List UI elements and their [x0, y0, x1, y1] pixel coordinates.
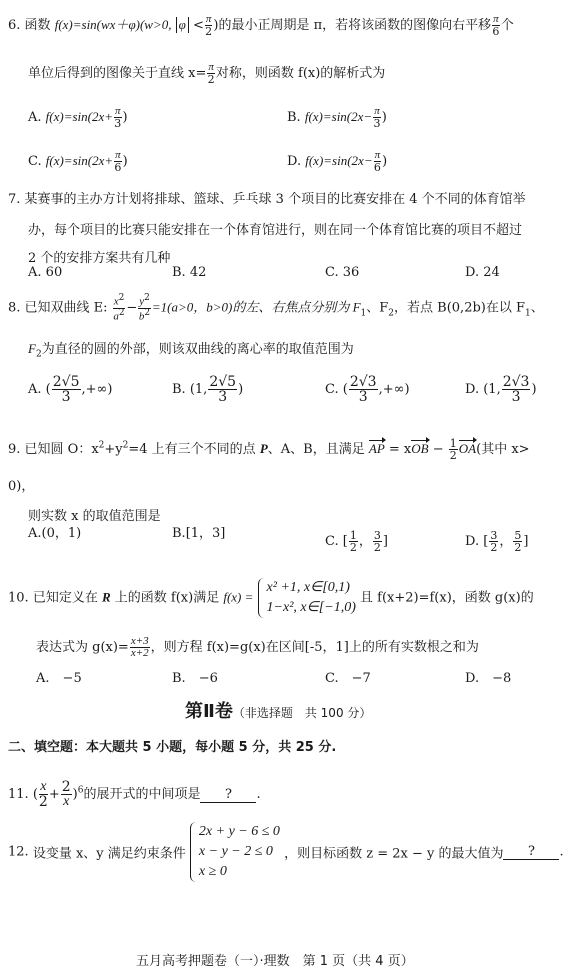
question-8-line2: F2为直径的圆的外部，则该双曲线的离心率的取值范围为	[28, 338, 354, 360]
question-10-line2: 表达式为 g(x)=x+3x+2，则方程 f(x)=g(x)在区间[-5，1]上…	[36, 636, 479, 659]
question-9-line2: 0)，	[8, 475, 34, 494]
answer-blank[interactable]: ?	[200, 787, 256, 803]
page-footer: 五月高考押题卷（一）·理数 第 1 页（共 4 页）	[136, 950, 414, 969]
answer-blank[interactable]: ?	[503, 844, 559, 860]
q10-option-b[interactable]: B. −6	[172, 667, 218, 686]
question-12: 12. 设变量 x、y 满足约束条件 2x + y − 6 ≤ 0 x − y …	[8, 822, 564, 882]
constraint-system: 2x + y − 6 ≤ 0 x − y − 2 ≤ 0 x ≥ 0	[190, 822, 280, 882]
q8-option-d[interactable]: D. (1,2√33)	[465, 375, 537, 404]
q6-number: 6.	[8, 18, 20, 33]
fraction: π6	[492, 14, 500, 37]
question-7: 7. 某赛事的主办方计划将排球、篮球、乒乓球 3 个项目的比赛安排在 4 个不同…	[8, 188, 526, 207]
q8-option-c[interactable]: C. (2√33,+∞)	[325, 375, 410, 404]
q10-option-c[interactable]: C. −7	[325, 667, 371, 686]
q9-option-a[interactable]: A.(0，1)	[28, 522, 81, 541]
fraction: π2	[207, 62, 215, 85]
q7-option-a[interactable]: A. 60	[28, 265, 62, 280]
question-6: 6. 函数 f(x)=sin(wx＋φ)(w>0, φ <π2)的最小正周期是 …	[8, 14, 514, 37]
q6-option-b[interactable]: B. f(x)=sin(2x−π3)	[287, 106, 387, 129]
q9-option-b[interactable]: B.[1，3]	[172, 522, 225, 541]
q8-option-a[interactable]: A. (2√53,+∞)	[28, 375, 112, 404]
vector-ob: OB	[411, 441, 428, 457]
question-10: 10. 已知定义在 R 上的函数 f(x)满足 f(x) = x² +1, x∈…	[8, 578, 534, 618]
q9-option-d[interactable]: D. [32，52]	[465, 530, 528, 553]
q9-option-c[interactable]: C. [12，32]	[325, 530, 388, 553]
question-6-line2: 单位后得到的图像关于直线 x=π2对称，则函数 f(x)的解析式为	[28, 62, 385, 85]
vector-oa: OA	[459, 441, 476, 457]
q7-option-c[interactable]: C. 36	[325, 265, 359, 280]
q6-option-c[interactable]: C. f(x)=sin(2x+π6)	[28, 150, 128, 173]
question-7-line3: 2 个的安排方案共有几种	[28, 247, 170, 266]
q10-option-d[interactable]: D. −8	[465, 667, 511, 686]
question-8: 8. 已知双曲线 E: x2a2−y2b2=1(a>0，b>0)的左、右焦点分别…	[8, 294, 544, 322]
question-11: 11. (x2+2x)6的展开式的中间项是?.	[8, 780, 261, 809]
q7-number: 7.	[8, 192, 20, 207]
q7-option-d[interactable]: D. 24	[465, 265, 500, 280]
vector-ap: AP	[369, 441, 385, 457]
q7-option-b[interactable]: B. 42	[172, 265, 206, 280]
q10-option-a[interactable]: A. −5	[36, 667, 82, 686]
q8-option-b[interactable]: B. (1,2√53)	[172, 375, 243, 404]
question-7-line2: 办，每个项目的比赛只能安排在一个体育馆进行，则在同一个体育馆比赛的项目不超过	[28, 219, 522, 238]
piecewise-function: x² +1, x∈[0,1) 1−x², x∈[−1,0)	[258, 578, 356, 618]
section-2-heading: 二、填空题：本大题共 5 小题，每小题 5 分，共 25 分.	[8, 736, 336, 755]
fraction: π2	[205, 14, 213, 37]
q6-option-a[interactable]: A. f(x)=sin(2x+π3)	[28, 106, 128, 129]
q6-option-d[interactable]: D. f(x)=sin(2x−π6)	[287, 150, 387, 173]
section-2-title: 第Ⅱ卷（非选择题 共 100 分）	[185, 697, 371, 723]
question-9: 9. 已知圆 O：x2+y2=4 上有三个不同的点 P、A、B，且满足 AP =…	[8, 438, 530, 461]
